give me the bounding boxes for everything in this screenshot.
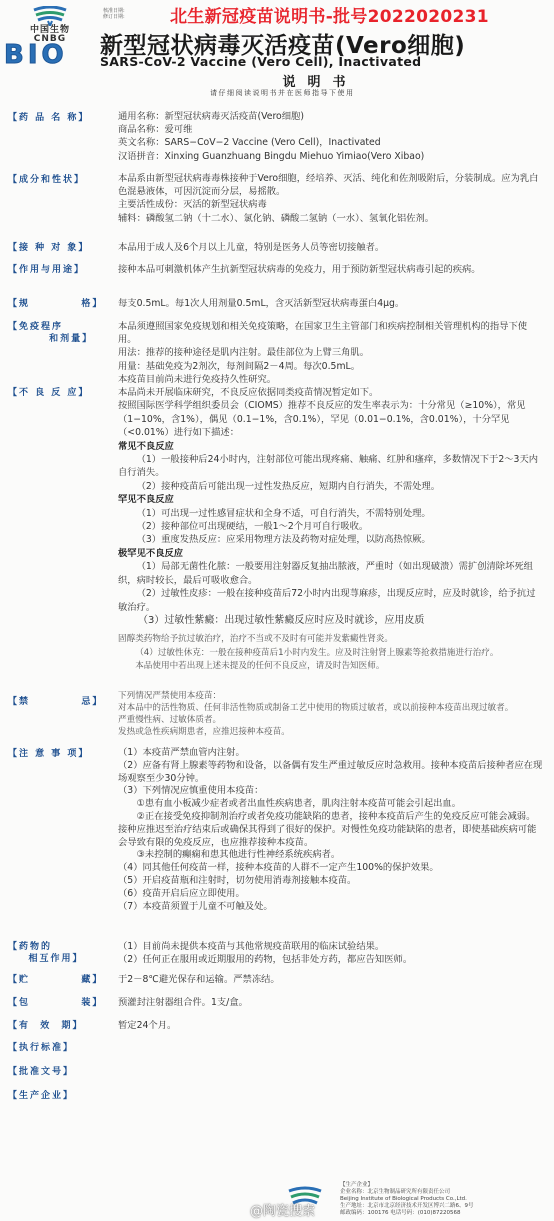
interaction-item: （2）任何正在服用或近期服用的药物，包括非处方药，都应告知医师。 <box>118 953 543 966</box>
common-reactions-heading: 常见不良反应 <box>118 440 543 453</box>
precaution-subitem: ②正在接受免疫抑制剂治疗或者免疫功能缺陷的患者，接种本疫苗后产生的免疫反应可能会… <box>118 811 543 849</box>
section-label: 【不 良 反 应】 <box>8 387 108 399</box>
rare-reactions-heading: 罕见不良反应 <box>118 493 543 506</box>
dosage-route: 用法：推荐的接种途径是肌内注射。最佳部位为上臂三角肌。 <box>118 346 543 359</box>
company-address: 生产地址：北京市北京经济技术开发区博兴二路6、9号 <box>340 1203 550 1210</box>
precaution-item: （1）本疫苗严禁血管内注射。 <box>118 747 543 760</box>
section-body: 预灌封注射器组合件。1支/盒。 <box>118 996 543 1009</box>
contraindication-intro: 下列情况严禁使用本疫苗： <box>118 690 543 702</box>
section-label: 【药 品 名 称】 <box>8 112 108 124</box>
precaution-item: （3）下列情况应慎重使用本疫苗： <box>118 785 543 798</box>
adverse-item: （3）过敏性紫癜：出现过敏性紫癜反应时应及时就诊，应用皮质 <box>118 614 543 627</box>
section-label: 【规 格】 <box>8 298 108 310</box>
adverse-item: （1）一般接种后24小时内，注射部位可能出现疼痛、触痛、红肿和瘙痒，多数情况下于… <box>118 453 543 480</box>
section-body: 接种本品可刺激机体产生抗新型冠状病毒的免疫力，用于预防新型冠状病毒引起的疾病。 <box>118 263 543 276</box>
section-body: 通用名称：新型冠状病毒灭活疫苗(Vero细胞) 商品名称：爱可维 英文名称：SA… <box>118 110 543 163</box>
section-body: （1）本疫苗严禁血管内注射。 （2）应备有肾上腺素等药物和设备，以备偶有发生严重… <box>118 747 543 913</box>
trade-name: 商品名称：爱可维 <box>118 123 543 136</box>
section-label: 【执行标准】 <box>8 1042 108 1054</box>
revision-date-label: 修订日期: <box>103 14 125 20</box>
cnbg-bio-logo: 中国生物 CNBG BIO <box>4 4 96 66</box>
section-label: 【注 意 事 项】 <box>8 748 108 760</box>
section-label: 【作用与用途】 <box>8 264 108 276</box>
document-subtitle: 请仔细阅读说明书并在医师指导下使用 <box>210 88 355 98</box>
section-body: 每支0.5mL。每1次人用剂量0.5mL，含灭活新型冠状病毒蛋白4μg。 <box>118 297 543 310</box>
precaution-item: （4）同其他任何疫苗一样，接种本疫苗的人群不一定产生100%的保护效果。 <box>118 862 543 875</box>
approval-dates: 核准日期: 修订日期: <box>103 8 125 20</box>
contraindication-item: 发热或急性疾病期患者，应推迟接种本疫苗。 <box>118 726 543 738</box>
section-body: 本品须遵照国家免疫规划和相关免疫策略，在国家卫生主管部门和疾病控制相关管理机构的… <box>118 320 543 386</box>
excipients: 辅料：磷酸氢二钠（十二水）、氯化钠、磷酸二氢钠（一水）、氢氧化铝佐剂。 <box>118 212 543 225</box>
indications-text: 接种本品可刺激机体产生抗新型冠状病毒的免疫力，用于预防新型冠状病毒引起的疾病。 <box>118 263 543 276</box>
precaution-subitem: ③未控制的癫痫和患其他进行性神经系统疾病者。 <box>118 849 543 862</box>
dosage-guidance: 本品须遵照国家免疫规划和相关免疫策略，在国家卫生主管部门和疾病控制相关管理机构的… <box>118 320 543 346</box>
target-population-text: 本品用于成人及6个月以上儿童，特别是医务人员等密切接触者。 <box>118 241 543 254</box>
precaution-item: （2）应备有肾上腺素等药物和设备，以备偶有发生严重过敏反应时急救用。接种本疫苗后… <box>118 760 543 786</box>
adverse-item-continued: 固醇类药物给予抗过敏治疗，治疗不当或不及时有可能并发紫癜性肾炎。 <box>118 633 543 646</box>
active-ingredient: 主要活性成份：灭活的新型冠状病毒 <box>118 198 543 211</box>
section-label: 【批准文号】 <box>8 1066 108 1078</box>
packaging-text: 预灌封注射器组合件。1支/盒。 <box>118 996 543 1009</box>
precaution-item: （5）开启疫苗瓶和注射时，切勿使用消毒剂接触本疫苗。 <box>118 875 543 888</box>
adverse-item: （1）局部无菌性化脓：一般要用注射器反复抽出脓液，严重时（如出现破溃）需扩创清除… <box>118 560 543 587</box>
dosage-persistence: 本疫苗目前尚未进行免疫持久性研究。 <box>118 373 543 386</box>
cioms-frequency: 按照国际医学科学组织委员会（CIOMS）推荐不良反应的发生率表示为：十分常见（≥… <box>118 399 543 439</box>
pinyin-name: 汉语拼音：Xinxing Guanzhuang Bingdu Miehuo Yi… <box>118 150 543 163</box>
precaution-item: （6）疫苗开启后应立即使用。 <box>118 888 543 901</box>
section-body: （1）目前尚未提供本疫苗与其他常规疫苗联用的临床试验结果。 （2）任何正在服用或… <box>118 940 543 966</box>
adverse-intro: 本品尚未开展临床研究，不良反应依据同类疫苗情况暂定如下。 <box>118 386 543 399</box>
adverse-item: （2）接种部位可出现硬结，一般1～2个月可自行吸收。 <box>118 520 543 533</box>
vaccine-leaflet-page: 中国生物 CNBG BIO 核准日期: 修订日期: 北生新冠疫苗说明书-批号20… <box>0 0 554 1221</box>
company-name-en: Beijing Institute of Biological Products… <box>340 1196 550 1203</box>
company-name-cn: 企业名称：北京生物制品研究所有限责任公司 <box>340 1189 550 1196</box>
precaution-subitem: ①患有血小板减少症者或者出血性疾病患者，肌肉注射本疫苗可能会引起出血。 <box>118 798 543 811</box>
wave-logo-icon <box>30 6 70 26</box>
specification-text: 每支0.5mL。每1次人用剂量0.5mL，含灭活新型冠状病毒蛋白4μg。 <box>118 297 543 310</box>
english-name: 英文名称：SARS−CoV−2 Vaccine (Vero Cell)，Inac… <box>118 136 543 149</box>
adverse-item: （2）过敏性皮疹：一般在接种疫苗后72小时内出现荨麻疹，出现反应时，应及时就诊，… <box>118 587 543 614</box>
adverse-item: （2）接种疫苗后可能出现一过性发热反应，短期内自行消失，不需处理。 <box>118 480 543 493</box>
storage-text: 于2－8℃避光保存和运输。严禁冻结。 <box>118 973 543 986</box>
section-body: 于2－8℃避光保存和运输。严禁冻结。 <box>118 973 543 986</box>
section-label: 【接 种 对 象】 <box>8 242 108 254</box>
adverse-item: （1）可出现一过性感冒症状和全身不适，可自行消失，不需特别处理。 <box>118 507 543 520</box>
adverse-outro: 本品使用中若出现上述未提及的任何不良反应，请及时告知医师。 <box>118 660 543 673</box>
section-label: 【成分和性状】 <box>8 174 108 186</box>
watermark: @陶瓷搜索 <box>250 1200 315 1219</box>
contraindication-item: 严重慢性病、过敏体质者。 <box>118 714 543 726</box>
interaction-item: （1）目前尚未提供本疫苗与其他常规疫苗联用的临床试验结果。 <box>118 940 543 953</box>
section-label: 【药物的 相互作用】 <box>8 941 108 965</box>
section-body: 暂定24个月。 <box>118 1019 543 1032</box>
company-postal-phone: 邮政编码：100176 电话号码：(010)87220568 <box>340 1210 550 1217</box>
logo-brand: BIO <box>4 42 96 68</box>
dosage-amount: 用量：基础免疫为2剂次，每剂间隔2－4周。每次0.5mL。 <box>118 360 543 373</box>
adverse-item: （4）过敏性休克：一般在接种疫苗后1小时内发生。应及时注射肾上腺素等抢救措施进行… <box>118 647 543 660</box>
section-label: 【生产企业】 <box>8 1090 108 1102</box>
section-label: 【包 装】 <box>8 997 108 1009</box>
shelf-life-text: 暂定24个月。 <box>118 1019 543 1032</box>
precaution-item: （7）本疫苗须置于儿童不可触及处。 <box>118 901 543 914</box>
section-body: 本品尚未开展临床研究，不良反应依据同类疫苗情况暂定如下。 按照国际医学科学组织委… <box>118 386 543 674</box>
section-label: 【贮 藏】 <box>8 974 108 986</box>
batch-banner: 北生新冠疫苗说明书-批号2022020231 <box>170 2 489 27</box>
section-body: 本品系由新型冠状病毒毒株接种于Vero细胞，经培养、灭活、纯化和佐剂吸附后，分装… <box>118 172 543 225</box>
section-label: 【禁 忌】 <box>8 696 108 708</box>
product-title-en: SARS-CoV-2 Vaccine (Vero Cell), Inactiva… <box>100 54 421 69</box>
footer-label: 【生产企业】 <box>340 1182 550 1189</box>
section-label: 【免疫程序 和剂量】 <box>8 321 108 345</box>
section-body: 下列情况严禁使用本疫苗： 对本品中的活性物质、任何非活性物质或制备工艺中使用的物… <box>118 690 543 738</box>
contraindication-item: 对本品中的活性物质、任何非活性物质或制备工艺中使用的物质过敏者，或以前接种本疫苗… <box>118 702 543 714</box>
generic-name: 通用名称：新型冠状病毒灭活疫苗(Vero细胞) <box>118 110 543 123</box>
composition-desc: 本品系由新型冠状病毒毒株接种于Vero细胞，经培养、灭活、纯化和佐剂吸附后，分装… <box>118 172 543 198</box>
adverse-item: （3）重度发热反应：应采用物理方法及药物对症处理，以防高热惊厥。 <box>118 533 543 546</box>
section-label: 【有 效 期】 <box>8 1020 108 1032</box>
manufacturer-info: 【生产企业】 企业名称：北京生物制品研究所有限责任公司 Beijing Inst… <box>340 1182 550 1217</box>
very-rare-reactions-heading: 极罕见不良反应 <box>118 547 543 560</box>
section-body: 本品用于成人及6个月以上儿童，特别是医务人员等密切接触者。 <box>118 241 543 254</box>
